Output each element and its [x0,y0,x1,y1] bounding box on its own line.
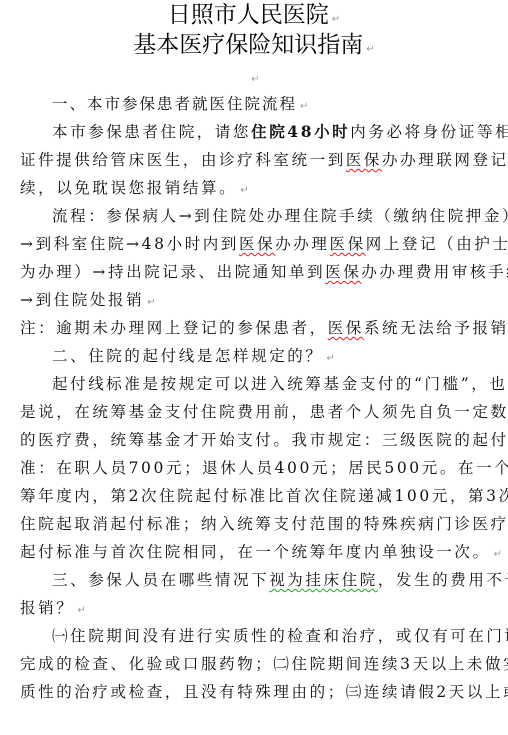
section-heading-1: 一、本市参保患者就医住院流程↵ [52,90,508,121]
document-title-line1: 日照市人民医院↵ [0,1,508,34]
spellcheck-underline: 医保 [328,319,364,337]
paragraph-line: →到住院处报销↵ [20,286,504,317]
spellcheck-underline: 医保 [346,151,382,169]
paragraph-mark-icon: ↵ [240,185,248,196]
paragraph-line: ㈠住院期间没有进行实质性的检查和治疗，或仅有可在门诊 [52,622,504,650]
paragraph-line: 筹年度内，第2次住院起付标准比首次住院递减100元，第3次 [20,482,504,510]
paragraph-line: 为办理）→持出院记录、出院通知单到医保办办理费用审核手续 [20,258,504,286]
grammar-underline: 视为挂床住院 [269,571,378,589]
note-line: 注：逾期未办理网上登记的参保患者，医保系统无法给予报销。↵ [20,314,504,345]
paragraph-mark-icon: ↵ [494,549,502,560]
paragraph-line: 的医疗费，统筹基金才开始支付。我市规定：三级医院的起付标 [20,426,504,454]
bold-emphasis: 住院48小时 [251,122,350,141]
paragraph-mark-icon: ↵ [77,605,85,616]
paragraph-line: 流程：参保病人→到住院处办理住院手续（缴纳住院押金） [52,202,504,230]
paragraph-line: 准：在职人员700元；退休人员400元；居民500元。在一个统 [20,454,504,482]
paragraph-line: 完成的检查、化验或口服药物；㈡住院期间连续3天以上未做实 [20,650,504,678]
paragraph-mark-icon: ↵ [147,297,155,308]
document-title-line2: 基本医疗保险知识指南↵ [0,31,508,64]
paragraph-line: 住院起取消起付标准；纳入统筹支付范围的特殊疾病门诊医疗费 [20,510,504,538]
paragraph-line: 续，以免耽误您报销结算。↵ [20,174,504,205]
spellcheck-underline: 医保 [325,263,361,281]
paragraph-line: 是说，在统筹基金支付住院费用前，患者个人须先自负一定数额 [20,398,504,426]
paragraph-line: 本市参保患者住院，请您住院48小时内务必将身份证等相关 [52,118,504,146]
section-heading-2: 二、住院的起付线是怎样规定的？↵ [52,342,504,373]
section-heading-3-cont: 报销？↵ [20,594,504,625]
paragraph-mark-icon: ↵ [327,353,335,364]
paragraph-mark-icon: ↵ [251,74,259,85]
paragraph-line: 起付线标准是按规定可以进入统筹基金支付的“门槛”，也就 [52,370,504,398]
spellcheck-underline: 医保 [330,235,366,253]
paragraph-line: 证件提供给管床医生，由诊疗科室统一到医保办办理联网登记手 [20,146,504,174]
paragraph-line: 质性的治疗或检查，且没有特殊理由的；㈢连续请假2天以上或 [20,678,504,706]
section-heading-3: 三、参保人员在哪些情况下视为挂床住院，发生的费用不予 [52,566,504,594]
paragraph-mark-icon: ↵ [332,14,340,25]
paragraph-line: 起付标准与首次住院相同，在一个统筹年度内单独设一次。↵ [20,538,504,569]
paragraph-mark-icon: ↵ [300,101,308,112]
paragraph-line: →到科室住院→48小时内到医保办办理医保网上登记（由护士代 [20,230,504,258]
paragraph-mark-icon: ↵ [366,44,374,55]
spellcheck-underline: 医保 [239,235,275,253]
